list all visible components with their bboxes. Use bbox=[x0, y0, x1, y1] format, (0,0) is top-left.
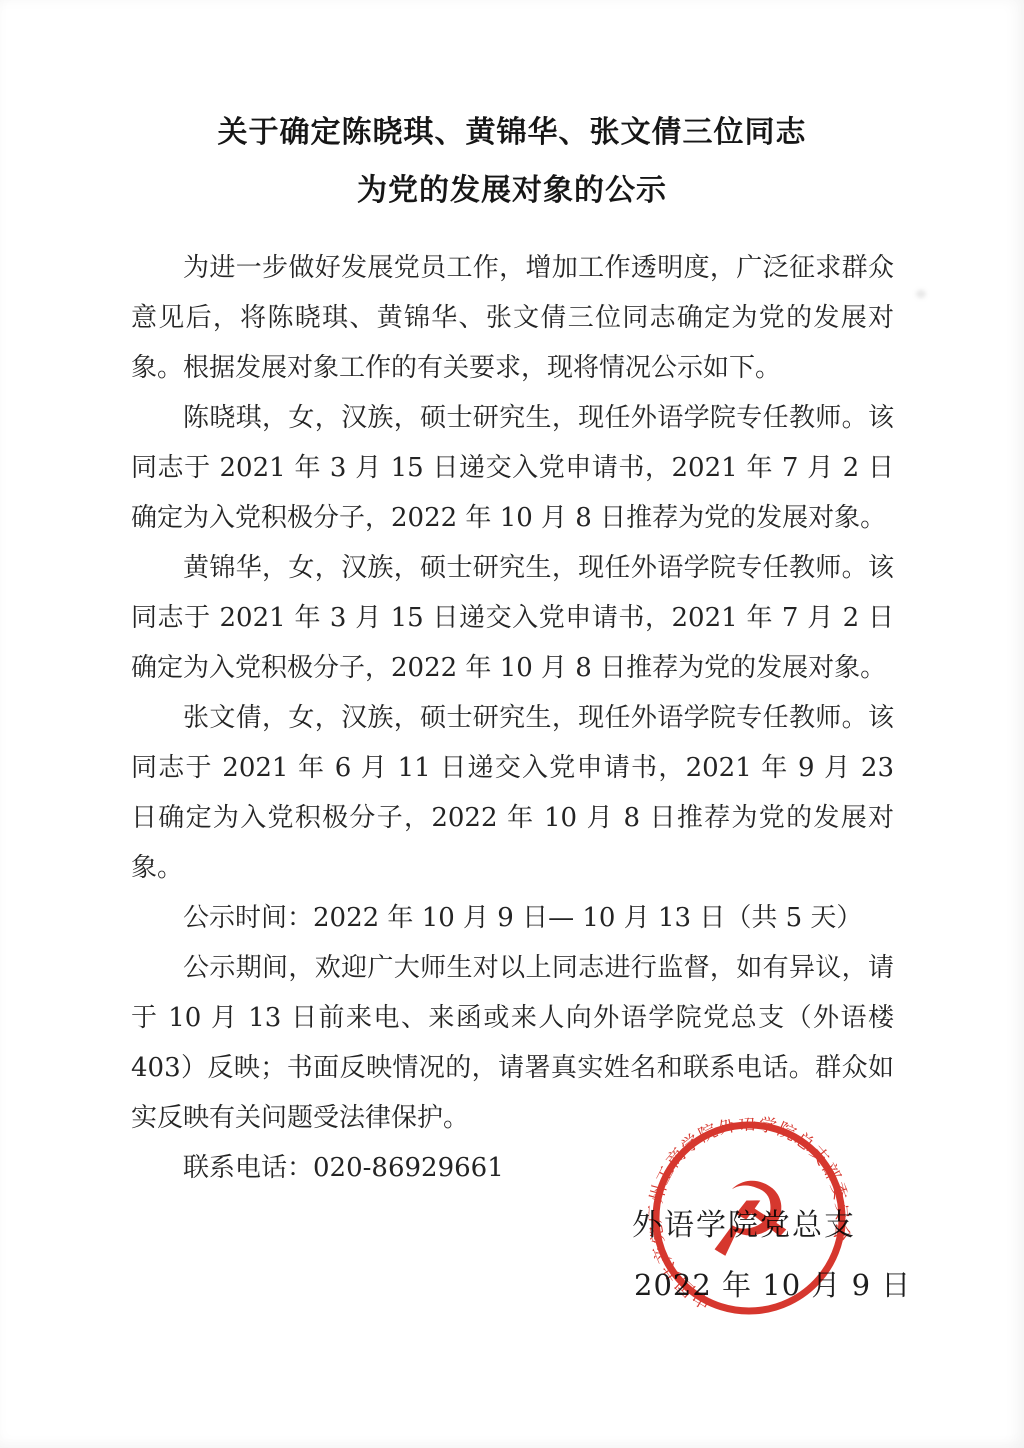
title-line-2: 为党的发展对象的公示 bbox=[0, 162, 1024, 220]
document-body: 为进一步做好发展党员工作，增加工作透明度，广泛征求群众意见后，将陈晓琪、黄锦华、… bbox=[131, 243, 894, 1193]
document-title: 关于确定陈晓琪、黄锦华、张文倩三位同志 为党的发展对象的公示 bbox=[0, 0, 1024, 220]
official-seal-stamp: 中国共产党广州工商学院外语学院总支部委员会 ☭ bbox=[642, 1111, 855, 1324]
publicity-period-line: 公示时间：2022 年 10 月 9 日— 10 月 13 日（共 5 天） bbox=[131, 893, 894, 943]
feedback-instructions-paragraph: 公示期间，欢迎广大师生对以上同志进行监督，如有异议，请于 10 月 13 日前来… bbox=[131, 943, 894, 1143]
scan-artifact bbox=[916, 290, 926, 298]
scanned-notice-page: 关于确定陈晓琪、黄锦华、张文倩三位同志 为党的发展对象的公示 为进一步做好发展党… bbox=[0, 0, 1024, 1448]
candidate-paragraph-chenxiaoqi: 陈晓琪，女，汉族，硕士研究生，现任外语学院专任教师。该同志于 2021 年 3 … bbox=[131, 393, 894, 543]
title-line-1: 关于确定陈晓琪、黄锦华、张文倩三位同志 bbox=[0, 104, 1024, 162]
candidate-paragraph-zhangwenqian: 张文倩，女，汉族，硕士研究生，现任外语学院专任教师。该同志于 2021 年 6 … bbox=[131, 693, 894, 893]
intro-paragraph: 为进一步做好发展党员工作，增加工作透明度，广泛征求群众意见后，将陈晓琪、黄锦华、… bbox=[131, 243, 894, 393]
candidate-paragraph-huangjinhua: 黄锦华，女，汉族，硕士研究生，现任外语学院专任教师。该同志于 2021 年 3 … bbox=[131, 543, 894, 693]
hammer-sickle-icon: ☭ bbox=[700, 1158, 798, 1281]
